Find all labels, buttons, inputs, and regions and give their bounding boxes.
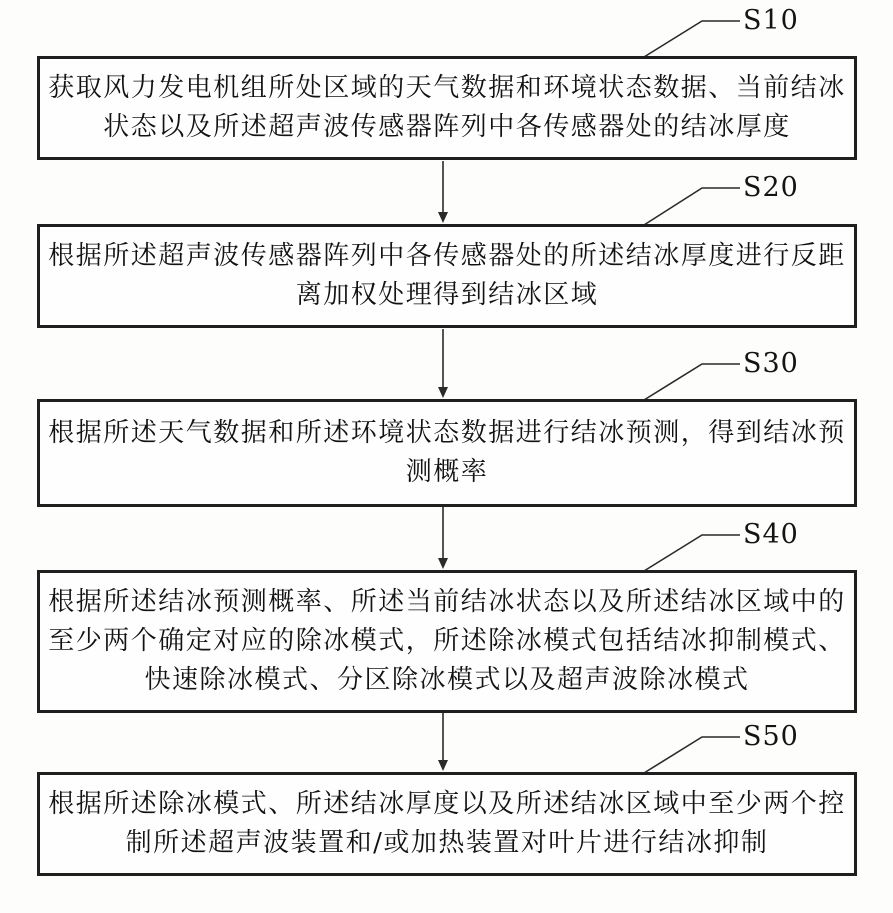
step-box-s20: 根据所述超声波传感器阵列中各传感器处的所述结冰厚度进行反距 离加权处理得到结冰区… [37,224,857,328]
flow-arrow-4 [438,713,448,771]
step-label-s10: S10 [743,6,813,36]
step-box-s50: 根据所述除冰模式、所述结冰厚度以及所述结冰区域中至少两个控 制所述超声波装置和/… [37,772,857,876]
flow-arrow-3 [438,507,448,569]
leader-line-s50 [644,737,740,773]
step-s10-text-line-1: 获取风力发电机组所处区域的天气数据和环境状态数据、当前结冰 [48,69,846,108]
step-box-s10: 获取风力发电机组所处区域的天气数据和环境状态数据、当前结冰 状态以及所述超声波传… [37,56,857,160]
step-box-s30: 根据所述天气数据和所述环境状态数据进行结冰预测，得到结冰预 测概率 [37,399,857,507]
step-box-s40: 根据所述结冰预测概率、所述当前结冰状态以及所述结冰区域中的 至少两个确定对应的除… [37,570,857,713]
step-label-s50: S50 [743,722,813,752]
step-s30-text-line-2: 测概率 [406,453,489,492]
step-s30-text-line-1: 根据所述天气数据和所述环境状态数据进行结冰预测，得到结冰预 [48,414,846,453]
flow-arrow-2 [438,329,448,398]
step-s40-text-line-1: 根据所述结冰预测概率、所述当前结冰状态以及所述结冰区域中的 [48,583,846,622]
step-s10-text-line-2: 状态以及所述超声波传感器阵列中各传感器处的结冰厚度 [103,108,791,147]
step-label-s20: S20 [743,173,813,203]
leader-line-s20 [644,188,740,225]
step-s20-text-line-1: 根据所述超声波传感器阵列中各传感器处的所述结冰厚度进行反距 [48,237,846,276]
step-label-s30: S30 [743,349,813,379]
step-s40-text-line-2: 至少两个确定对应的除冰模式，所述除冰模式包括结冰抑制模式、 [48,622,846,661]
step-s50-text-line-1: 根据所述除冰模式、所述结冰厚度以及所述结冰区域中至少两个控 [48,785,846,824]
step-label-s40: S40 [743,520,813,550]
step-s50-text-line-2: 制所述超声波装置和/或加热装置对叶片进行结冰抑制 [126,824,769,863]
leader-line-s40 [644,535,740,571]
flow-arrow-1 [438,161,448,223]
leader-line-s30 [644,364,740,400]
step-s20-text-line-2: 离加权处理得到结冰区域 [296,276,599,315]
leader-line-s10 [644,21,740,57]
step-s40-text-line-3: 快速除冰模式、分区除冰模式以及超声波除冰模式 [144,661,749,700]
flowchart: 获取风力发电机组所处区域的天气数据和环境状态数据、当前结冰 状态以及所述超声波传… [0,0,893,913]
